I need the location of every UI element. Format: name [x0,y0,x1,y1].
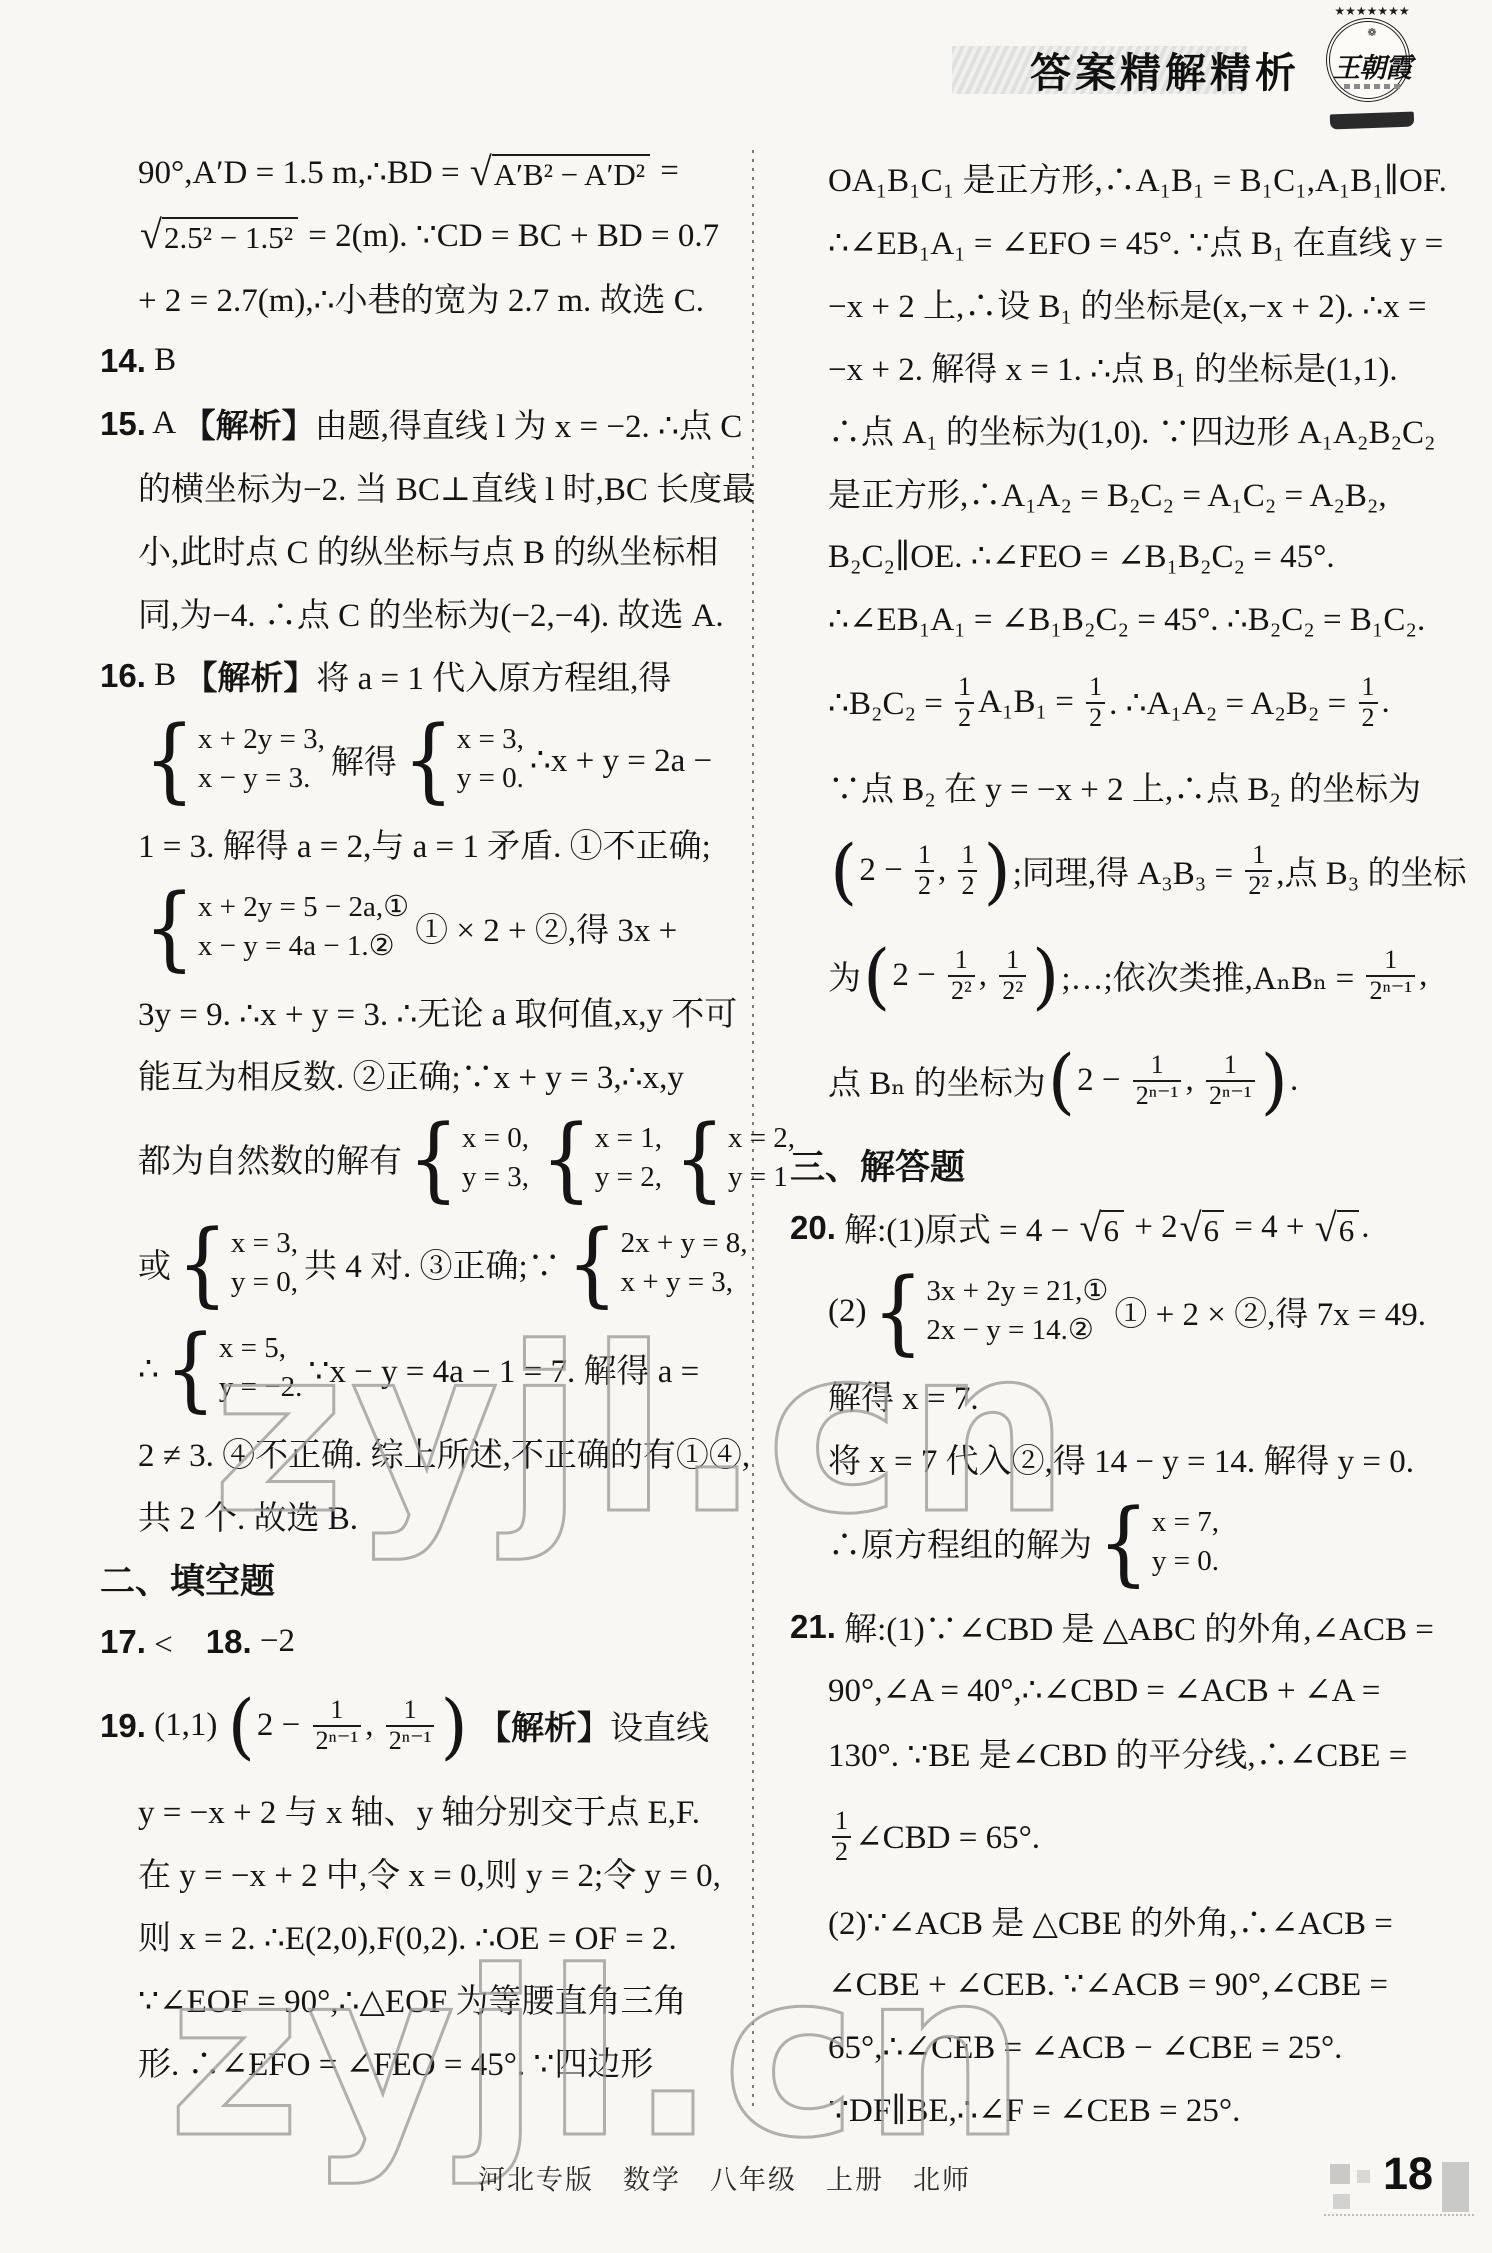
text-segment: . [1382,684,1390,721]
text-segment: 1 [832,1807,851,1836]
text-segment: 1 [327,1696,346,1725]
text-line: 解得 x = 7. [790,1364,1474,1427]
text-line: 20. 解:(1)原式 = 4 − √6 + 2√6 = 4 + √6. [790,1196,1474,1259]
text-segment: 1 [955,673,974,702]
text-segment: = 2(m). ∵CD = BC + BD = 0.7 [300,215,719,255]
text-line: ∵∠EOF = 90°,∴△EOF 为等腰直角三角 [100,1967,750,2030]
text-segment: 1 = 3. 解得 a = 2,与 a = 1 矛盾. ①不正确; [138,820,711,867]
text-line: B₂C₂∥OE. ∴∠FEO = ∠B₁B₂C₂ = 45°. [790,524,1474,587]
text-segment: 2.5² − 1.5² [162,217,298,253]
text-segment: −x + 2 上,∴设 B₁ 的坐标是(x,−x + 2). ∴x = [828,280,1427,327]
text-segment: ∵x − y = 4a − 1 = 7. 解得 a = [308,1345,699,1392]
equation-system: {x = 2,y = 1 [674,1119,795,1199]
text-segment: y = 0. [1152,1546,1219,1578]
text-segment: ∴∠EB₁A₁ = ∠B₁B₂C₂ = 45°. ∴B₂C₂ = B₁C₂. [828,599,1425,639]
text-segment: 2ⁿ⁻¹ [313,1725,362,1756]
text-line: 15. A 【解析】由题,得直线 l 为 x = −2. ∴点 C [100,392,750,455]
text-segment: 2ⁿ⁻¹ [1206,1080,1255,1111]
text-line: 都为自然数的解有{x = 0,y = 3,{x = 1,y = 2,{x = 2… [100,1106,750,1211]
text-segment: 都为自然数的解有 [138,1135,402,1182]
text-line: 90°,∠A = 40°,∴∠CBD = ∠ACB + ∠A = [790,1658,1474,1721]
text-segment: ① × 2 + ②,得 3x + [415,904,677,951]
text-line: 共 2 个. 故选 B. [100,1484,750,1547]
text-segment: 为 [828,952,861,999]
text-segment: (2)∵∠ACB 是 △CBE 的外角,∴∠ACB = [828,1897,1393,1944]
footer-decor-block [1357,2170,1370,2183]
text-line: 能互为相反数. ②正确;∵x + y = 3,∴x,y [100,1043,750,1106]
fraction: 12² [948,946,975,1005]
logo-brand-name: 王朝霞 [1318,46,1426,85]
logo-crest-icon: ❁ [1367,26,1376,39]
text-segment: y = 1 [728,1162,795,1194]
text-segment: . [1290,1062,1298,1099]
system-rows: x + 2y = 5 − 2a,①x − y = 4a − 1.② [198,892,409,963]
text-line: OA₁B₁C₁ 是正方形,∴A₁B₁ = B₁C₁,A₁B₁∥OF. [790,146,1474,209]
text-segment: B [146,342,176,379]
big-paren-icon: ( [863,940,890,1011]
radical-icon: √ [1180,1210,1202,1246]
text-segment: 90°,∠A = 40°,∴∠CBD = ∠ACB + ∠A = [828,1670,1380,1710]
text-segment: ;…;依次类推,AₙBₙ = [1061,952,1362,999]
text-line: 1 = 3. 解得 a = 2,与 a = 1 矛盾. ①不正确; [100,812,750,875]
system-rows: 3x + 2y = 21,①2x − y = 14.② [926,1276,1108,1347]
brace-icon: { [1098,1497,1149,1589]
text-segment: 则 x = 2. ∴E(2,0),F(0,2). ∴OE = OF = 2. [138,1912,677,1959]
system-rows: x = 7,y = 0. [1152,1507,1219,1578]
text-segment [470,1707,478,1744]
text-segment: ,点 B₃ 的坐标 [1276,847,1466,894]
text-segment: 2ⁿ⁻¹ [1366,975,1415,1006]
fraction: 12ⁿ⁻¹ [1133,1051,1182,1110]
text-segment: ;同理,得 A₃B₃ = [1013,847,1242,894]
text-segment: ∴原方程组的解为 [828,1519,1092,1566]
equation-system: {2x + y = 8,x + y = 3, [567,1224,748,1304]
text-line: ∵点 B₂ 在 y = −x + 2 上,∴点 B₂ 的坐标为 [790,755,1474,818]
text-line: ∴原方程组的解为{x = 7,y = 0. [790,1490,1474,1595]
brand-logo: ★★★★★★★ ❁ 王朝霞 [1318,6,1426,130]
text-segment: 小,此时点 C 的纵坐标与点 B 的纵坐标相 [138,526,718,573]
text-line: 点 Bₙ 的坐标为(2 − 12ⁿ⁻¹, 12ⁿ⁻¹). [790,1028,1474,1133]
text-segment: x = 5, [219,1333,302,1365]
fraction: 12 [832,1807,851,1866]
sqrt-expression: √6 [1180,1210,1224,1246]
fraction: 12 [1359,673,1378,732]
text-segment: 解:(1)原式 = 4 − [836,1204,1078,1251]
text-segment: 2 [1359,702,1378,733]
logo-ribbon-icon [1330,112,1414,130]
text-segment: B₂C₂∥OE. ∴∠FEO = ∠B₁B₂C₂ = 45°. [828,536,1335,576]
text-line: 为(2 − 12², 12²);…;依次类推,AₙBₙ = 12ⁿ⁻¹, [790,923,1474,1028]
text-segment: 2 [958,870,977,901]
text-segment: 将 a = 1 代入原方程组,得 [316,652,671,699]
fraction: 12ⁿ⁻¹ [1206,1051,1255,1110]
page-number-rule [1324,2214,1474,2216]
text-segment: ∵∠EOF = 90°,∴△EOF 为等腰直角三角 [138,1975,687,2022]
text-segment: x − y = 3. [198,763,325,795]
text-segment: . [1361,1209,1369,1246]
text-line: 21. 解:(1)∵∠CBD 是 △ABC 的外角,∠ACB = [790,1595,1474,1658]
text-segment: y = 0, [231,1267,298,1299]
text-segment: 的横坐标为−2. 当 BC⊥直线 l 时,BC 长度最 [138,463,755,510]
text-segment: , [365,1707,382,1744]
text-segment: + 2 = 2.7(m),∴小巷的宽为 2.7 m. 故选 C. [138,274,704,321]
text-segment: 【解析】 [183,400,315,447]
text-segment: 90°,A′D = 1.5 m,∴BD = [138,152,468,192]
equation-system: {x + 2y = 5 − 2a,①x − y = 4a − 1.② [144,888,409,968]
text-segment: 1 [915,841,934,870]
text-segment: 19. [100,1707,146,1745]
big-paren-icon: ( [1048,1045,1075,1116]
text-segment: 1 [401,1696,420,1725]
text-line: ∴∠EB₁A₁ = ∠EFO = 45°. ∵点 B₁ 在直线 y = [790,209,1474,272]
system-rows: x = 3,y = 0. [457,724,524,795]
text-segment: 1 [1359,673,1378,702]
fraction: 12ⁿ⁻¹ [313,1696,362,1755]
text-line: 则 x = 2. ∴E(2,0),F(0,2). ∴OE = OF = 2. [100,1904,750,1967]
fraction: 12² [1245,841,1272,900]
text-segment: 1 [1381,946,1400,975]
fraction: 12 [1086,673,1105,732]
text-segment: 65°,∴∠CEB = ∠ACB − ∠CBE = 25°. [828,2027,1342,2067]
text-segment: 3x + 2y = 21,① [926,1276,1108,1308]
equation-system: {x = 0,y = 3, [408,1119,529,1199]
text-line: √2.5² − 1.5² = 2(m). ∵CD = BC + BD = 0.7 [100,203,750,266]
text-segment: 点 Bₙ 的坐标为 [828,1057,1046,1104]
text-segment: , [1419,957,1427,994]
equation-system: {x = 1,y = 2, [541,1119,662,1199]
text-segment: 1 [1086,673,1105,702]
text-segment: (1,1) [146,1707,226,1744]
text-segment: ∴∠EB₁A₁ = ∠EFO = 45°. ∵点 B₁ 在直线 y = [828,217,1443,264]
text-segment: ∠CBD = 65°. [855,1817,1040,1857]
text-segment: 6 [1101,1210,1124,1246]
text-line: 同,为−4. ∴点 C 的坐标为(−2,−4). 故选 A. [100,581,750,644]
big-paren-icon: ( [228,1690,255,1761]
footer-decor-block [1333,2194,1350,2209]
big-paren-icon: ) [1261,1045,1288,1116]
text-segment: + 2 [1126,1209,1178,1246]
equation-system: {x = 3,y = 0. [403,720,524,800]
text-line: 17. < 18. −2 [100,1610,750,1673]
text-line: y = −x + 2 与 x 轴、y 轴分别交于点 E,F. [100,1778,750,1841]
text-segment: 18. [206,1623,252,1661]
text-line: ∴∠EB₁A₁ = ∠B₁B₂C₂ = 45°. ∴B₂C₂ = B₁C₂. [790,587,1474,650]
text-segment: 21. [790,1608,836,1646]
system-rows: x = 0,y = 3, [462,1123,529,1194]
text-segment: = 4 + [1226,1209,1313,1246]
text-line: 三、解答题 [790,1133,1474,1196]
footer-decor-block [1330,2164,1350,2184]
text-segment: 16. [100,657,146,695]
text-segment: 同,为−4. ∴点 C 的坐标为(−2,−4). 故选 A. [138,589,724,636]
text-line: 将 x = 7 代入②,得 14 − y = 14. 解得 y = 0. [790,1427,1474,1490]
text-segment: 15. [100,405,146,443]
text-segment: , [979,957,996,994]
text-line: (2)∵∠ACB 是 △CBE 的外角,∴∠ACB = [790,1889,1474,1952]
text-segment: x = 2, [728,1123,795,1155]
page-number: 18 [1383,2148,1433,2200]
text-segment: 【解析】 [478,1702,610,1749]
fraction: 12 [915,841,934,900]
text-segment: 解得 x = 7. [828,1372,979,1419]
text-line: 19. (1,1) (2 − 12ⁿ⁻¹, 12ⁿ⁻¹) 【解析】设直线 [100,1673,750,1778]
text-segment: 在 y = −x + 2 中,令 x = 0,则 y = 2;令 y = 0, [138,1849,721,1896]
text-segment: A [146,405,183,442]
text-line: (2 − 12, 12);同理,得 A₃B₃ = 12²,点 B₃ 的坐标 [790,818,1474,923]
text-segment: 1 [1148,1051,1167,1080]
text-line: 或{x = 3,y = 0,共 4 对. ③正确;∵{2x + y = 8,x … [100,1211,750,1316]
system-rows: x = 5,y = −2. [219,1333,302,1404]
text-segment: ∵点 B₂ 在 y = −x + 2 上,∴点 B₂ 的坐标为 [828,763,1421,810]
text-segment: 三、解答题 [790,1140,965,1190]
text-segment: y = −x + 2 与 x 轴、y 轴分别交于点 E,F. [138,1786,700,1833]
text-line: {x + 2y = 3,x − y = 3.解得{x = 3,y = 0.∴x … [100,707,750,812]
text-segment: 2 ≠ 3. ④不正确. 综上所述,不正确的有①④, [138,1429,750,1476]
text-segment: B [146,657,185,694]
text-line: (2){3x + 2y = 21,①2x − y = 14.②① + 2 × ②… [790,1259,1474,1364]
text-line: ∠CBE + ∠CEB. ∵∠ACB = 90°,∠CBE = [790,1952,1474,2015]
text-segment: 共 2 个. 故选 B. [138,1492,358,1539]
fraction: 12 [958,841,977,900]
text-line: 90°,A′D = 1.5 m,∴BD = √A′B² − A′D² = [100,140,750,203]
big-paren-icon: ( [830,835,857,906]
text-segment: ∠CBE + ∠CEB. ∵∠ACB = 90°,∠CBE = [828,1964,1388,2004]
text-segment: 1 [1003,946,1022,975]
sqrt-expression: √2.5² − 1.5² [140,217,298,253]
brace-icon: { [541,1113,592,1205]
logo-stars-icon: ★★★★★★★ [1334,4,1409,19]
text-line: ∴B₂C₂ = 12A₁B₁ = 12. ∴A₁A₂ = A₂B₂ = 12. [790,650,1474,755]
brace-icon: { [408,1113,459,1205]
fraction: 12 [955,673,974,732]
system-rows: x = 3,y = 0, [231,1228,298,1299]
text-segment: x − y = 4a − 1.② [198,931,409,963]
text-segment: x = 0, [462,1123,529,1155]
text-segment: A₁B₁ = [978,684,1082,721]
text-segment: 2 [915,870,934,901]
equation-system: {x = 3,y = 0, [177,1224,298,1304]
text-segment: y = 0. [457,763,524,795]
text-segment: 形. ∴∠EFO = ∠FEO = 45°. ∵四边形 [138,2038,653,2085]
radical-icon: √ [1315,1210,1337,1246]
text-segment: 能互为相反数. ②正确;∵x + y = 3,∴x,y [138,1051,684,1098]
text-line: 3y = 9. ∴x + y = 3. ∴无论 a 取何值,x,y 不可 [100,980,750,1043]
brace-icon: { [177,1218,228,1310]
text-segment: 2 − [1077,1062,1129,1099]
brace-icon: { [872,1266,923,1358]
text-line: ∴{x = 5,y = −2.∵x − y = 4a − 1 = 7. 解得 a… [100,1316,750,1421]
text-line: 130°. ∵BE 是∠CBD 的平分线,∴∠CBE = [790,1721,1474,1784]
text-line: ∴点 A₁ 的坐标为(1,0). ∵四边形 A₁A₂B₂C₂ [790,398,1474,461]
equation-system: {x = 5,y = −2. [165,1329,302,1409]
text-segment: 2ⁿ⁻¹ [386,1725,435,1756]
big-paren-icon: ) [440,1690,467,1761]
text-line: 形. ∴∠EFO = ∠FEO = 45°. ∵四边形 [100,2030,750,2093]
page-title: 答案精解精析 [1030,40,1300,99]
text-segment: 二、填空题 [100,1554,275,1604]
text-segment: 2ⁿ⁻¹ [1133,1080,1182,1111]
text-segment: 设直线 [610,1702,709,1749]
text-segment: 由题,得直线 l 为 x = −2. ∴点 C [315,400,743,447]
text-segment: y = 3, [462,1162,529,1194]
brace-icon: { [403,714,454,806]
radical-icon: √ [140,217,162,253]
text-segment: 或 [138,1240,171,1287]
sqrt-expression: √A′B² − A′D² [470,154,650,190]
text-segment: , [1185,1062,1202,1099]
brace-icon: { [144,882,195,974]
text-segment: 2 − [257,1707,309,1744]
text-segment: , [938,852,955,889]
text-line: 65°,∴∠CEB = ∠ACB − ∠CBE = 25°. [790,2015,1474,2078]
system-rows: 2x + y = 8,x + y = 3, [621,1228,748,1299]
system-rows: x + 2y = 3,x − y = 3. [198,724,325,795]
text-segment: 【解析】 [184,652,316,699]
text-line: 16. B 【解析】将 a = 1 代入原方程组,得 [100,644,750,707]
text-segment: x + y = 3, [621,1267,748,1299]
footer-decor-block [1442,2162,1469,2212]
text-segment: 14. [100,342,146,380]
footer-edition-text: 河北专版 数学 八年级 上册 北师 [478,2158,971,2197]
text-segment: (2) [828,1293,866,1330]
text-line: ∵DF∥BE,∴∠F = ∠CEB = 25°. [790,2078,1474,2141]
text-segment: 将 x = 7 代入②,得 14 − y = 14. 解得 y = 0. [828,1435,1414,1482]
text-segment: x + 2y = 3, [198,724,325,756]
text-segment: 2x + y = 8, [621,1228,748,1260]
text-segment: . ∴A₁A₂ = A₂B₂ = [1109,683,1354,723]
text-line: 在 y = −x + 2 中,令 x = 0,则 y = 2;令 y = 0, [100,1841,750,1904]
brace-icon: { [165,1323,216,1415]
text-segment: 2² [999,975,1026,1006]
fraction: 12ⁿ⁻¹ [1366,946,1415,1005]
fraction: 12ⁿ⁻¹ [386,1696,435,1755]
text-line: 14. B [100,329,750,392]
text-segment: 是正方形,∴A₁A₂ = B₂C₂ = A₁C₂ = A₂B₂, [828,469,1387,516]
sqrt-expression: √6 [1080,1210,1124,1246]
system-rows: x = 1,y = 2, [595,1123,662,1194]
brace-icon: { [567,1218,618,1310]
text-segment: A′B² − A′D² [492,154,650,190]
big-paren-icon: ) [1032,940,1059,1011]
text-segment: 解得 [331,736,397,783]
text-line: + 2 = 2.7(m),∴小巷的宽为 2.7 m. 故选 C. [100,266,750,329]
text-segment: y = −2. [219,1372,302,1404]
sqrt-expression: √6 [1315,1210,1359,1246]
text-segment: 1 [958,841,977,870]
text-segment: 1 [952,946,971,975]
text-line: 的横坐标为−2. 当 BC⊥直线 l 时,BC 长度最 [100,455,750,518]
text-segment: 2 [955,702,974,733]
text-segment: = [652,153,679,190]
text-line: −x + 2. 解得 x = 1. ∴点 B₁ 的坐标是(1,1). [790,335,1474,398]
text-segment: 1 [1221,1051,1240,1080]
text-segment: ∴点 A₁ 的坐标为(1,0). ∵四边形 A₁A₂B₂C₂ [828,406,1436,453]
text-segment: x = 7, [1152,1507,1219,1539]
text-segment: ∵DF∥BE,∴∠F = ∠CEB = 25°. [828,2090,1240,2130]
text-segment: 20. [790,1209,836,1247]
text-segment: 17. [100,1623,146,1661]
text-segment: < [146,1618,206,1665]
brace-icon: { [674,1113,725,1205]
text-segment: ∴x + y = 2a − [530,740,712,780]
text-segment: x = 3, [231,1228,298,1260]
radical-icon: √ [470,154,492,190]
text-segment: 1 [1249,841,1268,870]
text-segment: OA₁B₁C₁ 是正方形,∴A₁B₁ = B₁C₁,A₁B₁∥OF. [828,154,1447,201]
text-segment: 解:(1)∵∠CBD 是 △ABC 的外角,∠ACB = [836,1603,1434,1650]
text-line: 2 ≠ 3. ④不正确. 综上所述,不正确的有①④, [100,1421,750,1484]
text-segment: 6 [1337,1210,1360,1246]
text-segment: x + 2y = 5 − 2a,① [198,892,409,924]
fraction: 12² [999,946,1026,1005]
text-segment: 2² [948,975,975,1006]
text-line: 二、填空题 [100,1547,750,1610]
text-line: 小,此时点 C 的纵坐标与点 B 的纵坐标相 [100,518,750,581]
text-segment: −x + 2. 解得 x = 1. ∴点 B₁ 的坐标是(1,1). [828,343,1398,390]
text-segment: ∴ [138,1349,159,1389]
text-segment: ① + 2 × ②,得 7x = 49. [1114,1288,1426,1335]
text-segment: 2x − y = 14.② [926,1315,1108,1347]
text-segment: 2 − [859,852,911,889]
logo-subtext-mark [1344,84,1400,89]
text-segment: 共 4 对. ③正确;∵ [304,1240,561,1287]
text-line: 是正方形,∴A₁A₂ = B₂C₂ = A₁C₂ = A₂B₂, [790,461,1474,524]
text-segment: 2 − [892,957,944,994]
text-segment: y = 2, [595,1162,662,1194]
text-line: −x + 2 上,∴设 B₁ 的坐标是(x,−x + 2). ∴x = [790,272,1474,335]
radical-icon: √ [1080,1210,1102,1246]
system-rows: x = 2,y = 1 [728,1123,795,1194]
text-line: 12∠CBD = 65°. [790,1784,1474,1889]
brace-icon: { [144,714,195,806]
answer-book-page: 答案精解精析 ★★★★★★★ ❁ 王朝霞 90°,A′D = 1.5 m,∴BD… [0,0,1492,2253]
text-segment: 130°. ∵BE 是∠CBD 的平分线,∴∠CBE = [828,1729,1407,1776]
text-segment: 2 [1086,702,1105,733]
right-column: OA₁B₁C₁ 是正方形,∴A₁B₁ = B₁C₁,A₁B₁∥OF.∴∠EB₁A… [790,146,1474,2141]
text-line: {x + 2y = 5 − 2a,①x − y = 4a − 1.②① × 2 … [100,875,750,980]
text-segment: 2² [1245,870,1272,901]
text-segment: x = 3, [457,724,524,756]
equation-system: {3x + 2y = 21,①2x − y = 14.② [872,1272,1108,1352]
big-paren-icon: ) [983,835,1010,906]
text-segment: 3y = 9. ∴x + y = 3. ∴无论 a 取何值,x,y 不可 [138,988,737,1035]
text-segment: 2 [832,1836,851,1867]
text-segment: ∴B₂C₂ = [828,683,951,723]
text-segment: x = 1, [595,1123,662,1155]
text-segment: −2 [252,1623,295,1660]
left-column: 90°,A′D = 1.5 m,∴BD = √A′B² − A′D² =√2.5… [100,140,750,2093]
text-segment: 6 [1202,1210,1225,1246]
equation-system: {x + 2y = 3,x − y = 3. [144,720,325,800]
equation-system: {x = 7,y = 0. [1098,1503,1219,1583]
